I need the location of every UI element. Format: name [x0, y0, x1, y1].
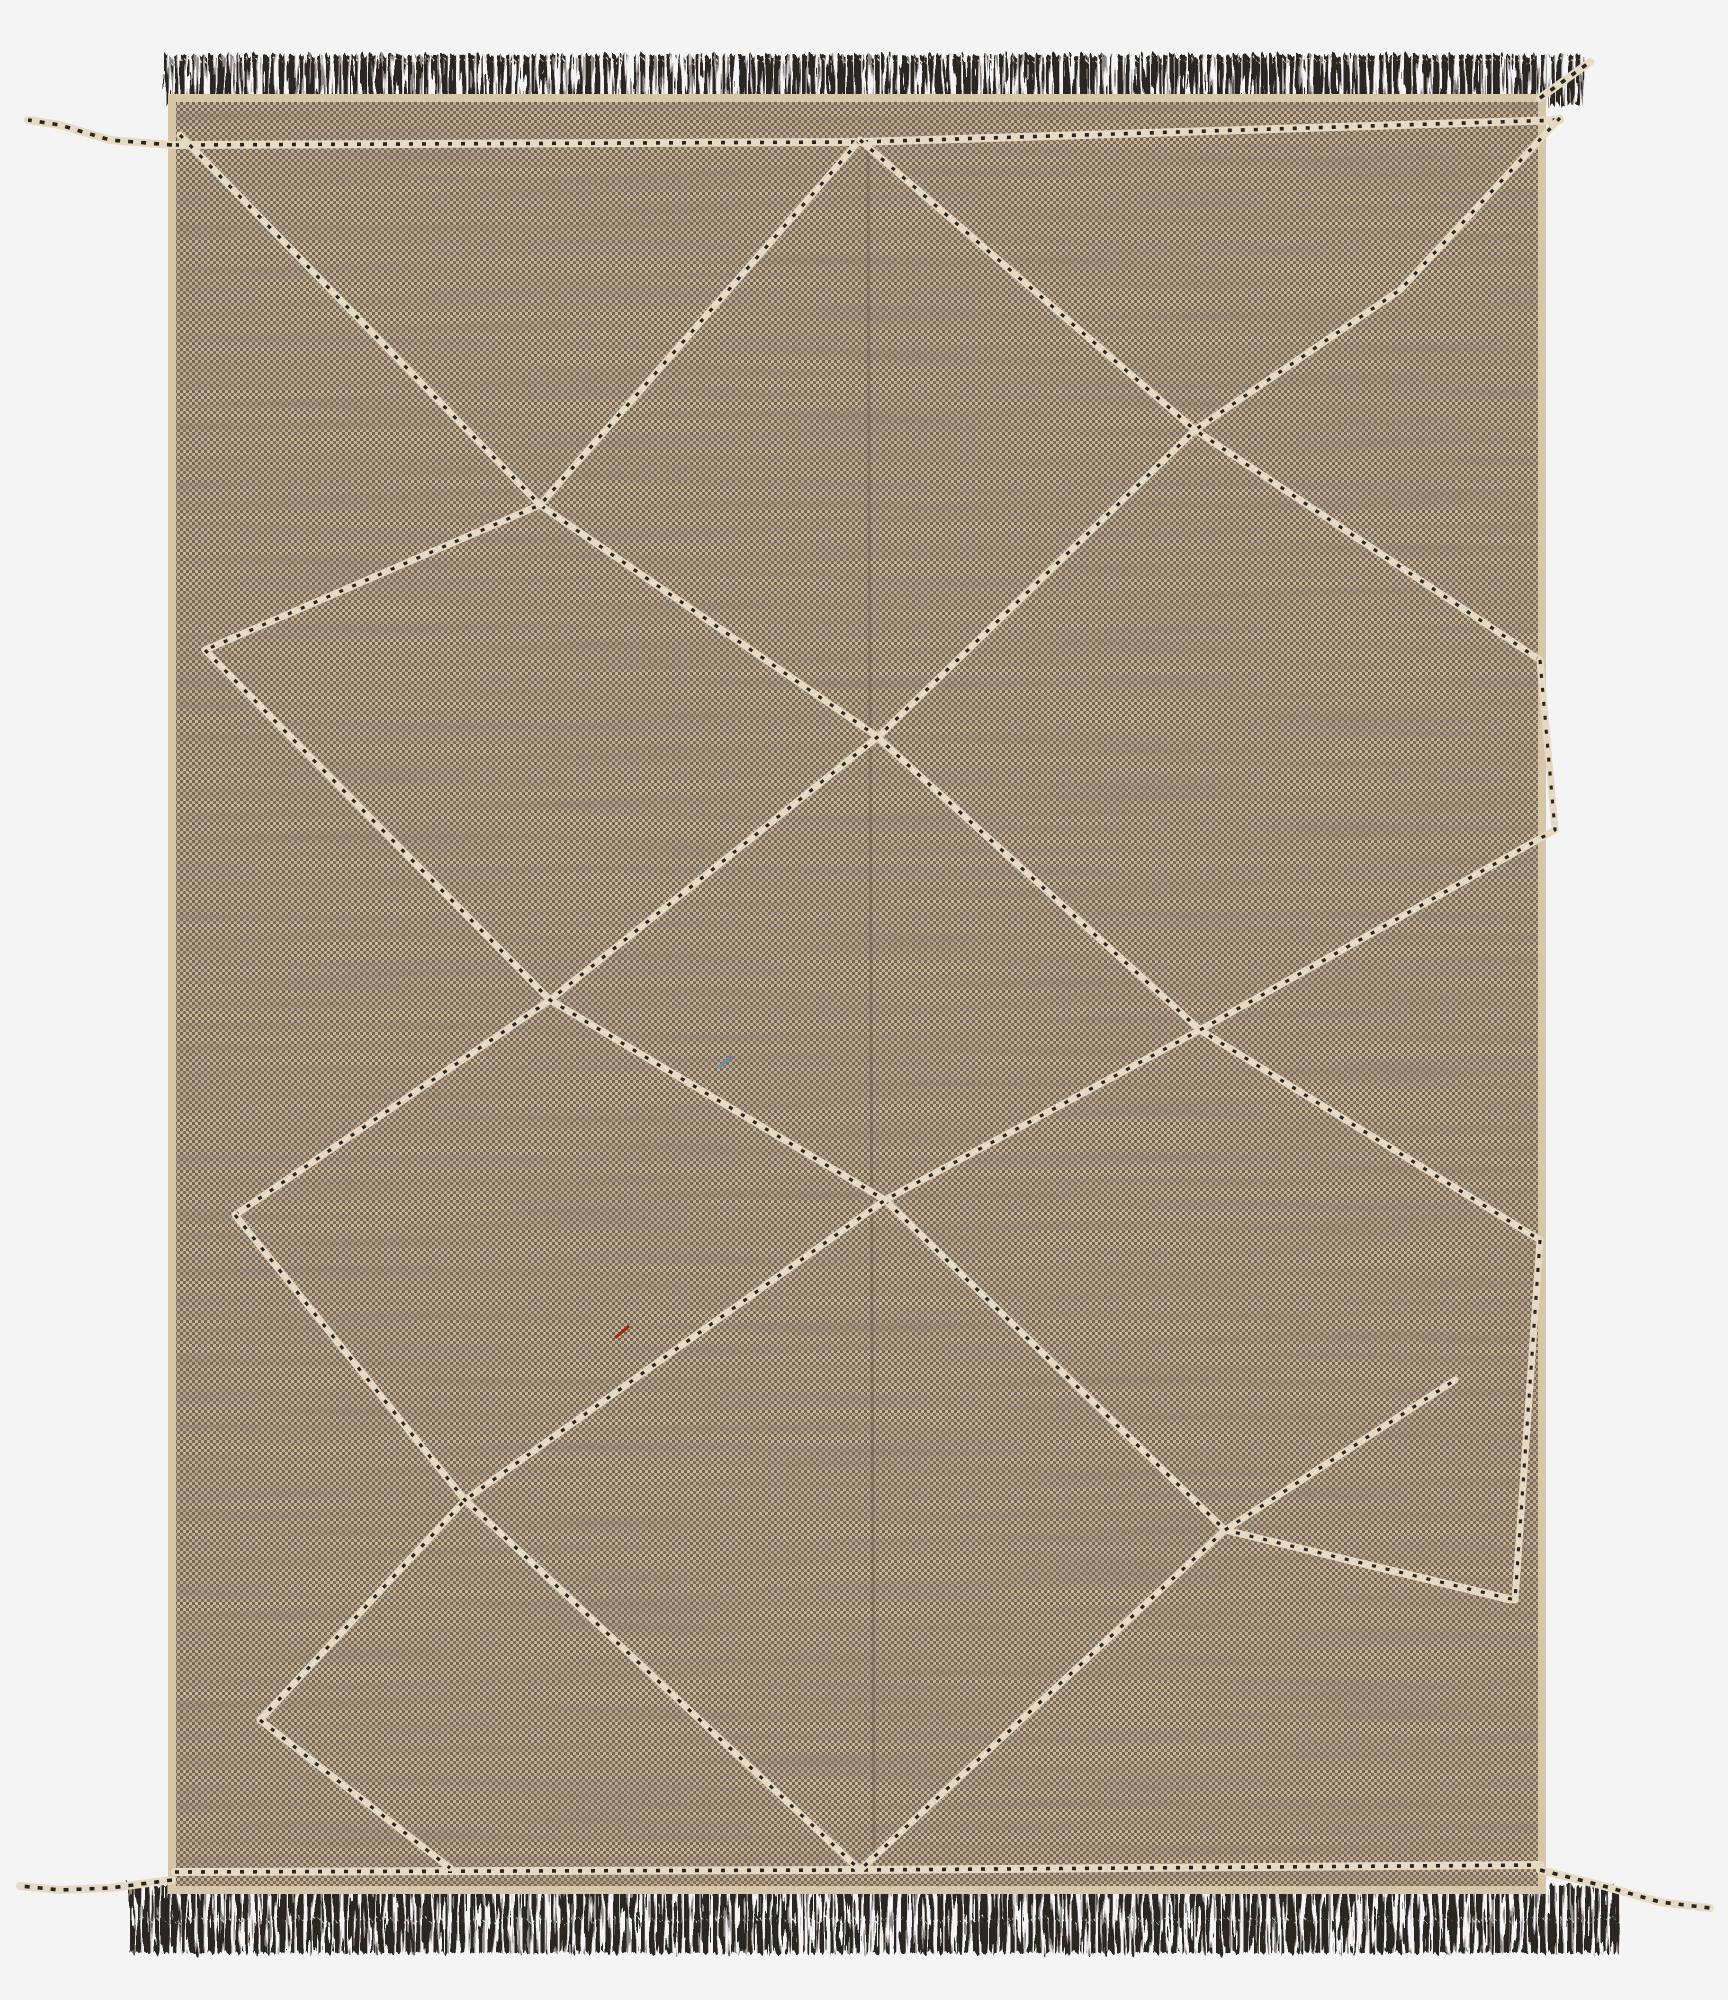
rug-photo [0, 0, 1728, 2000]
bottom-fringe [130, 1885, 1620, 1953]
rug-body [172, 98, 1542, 1890]
